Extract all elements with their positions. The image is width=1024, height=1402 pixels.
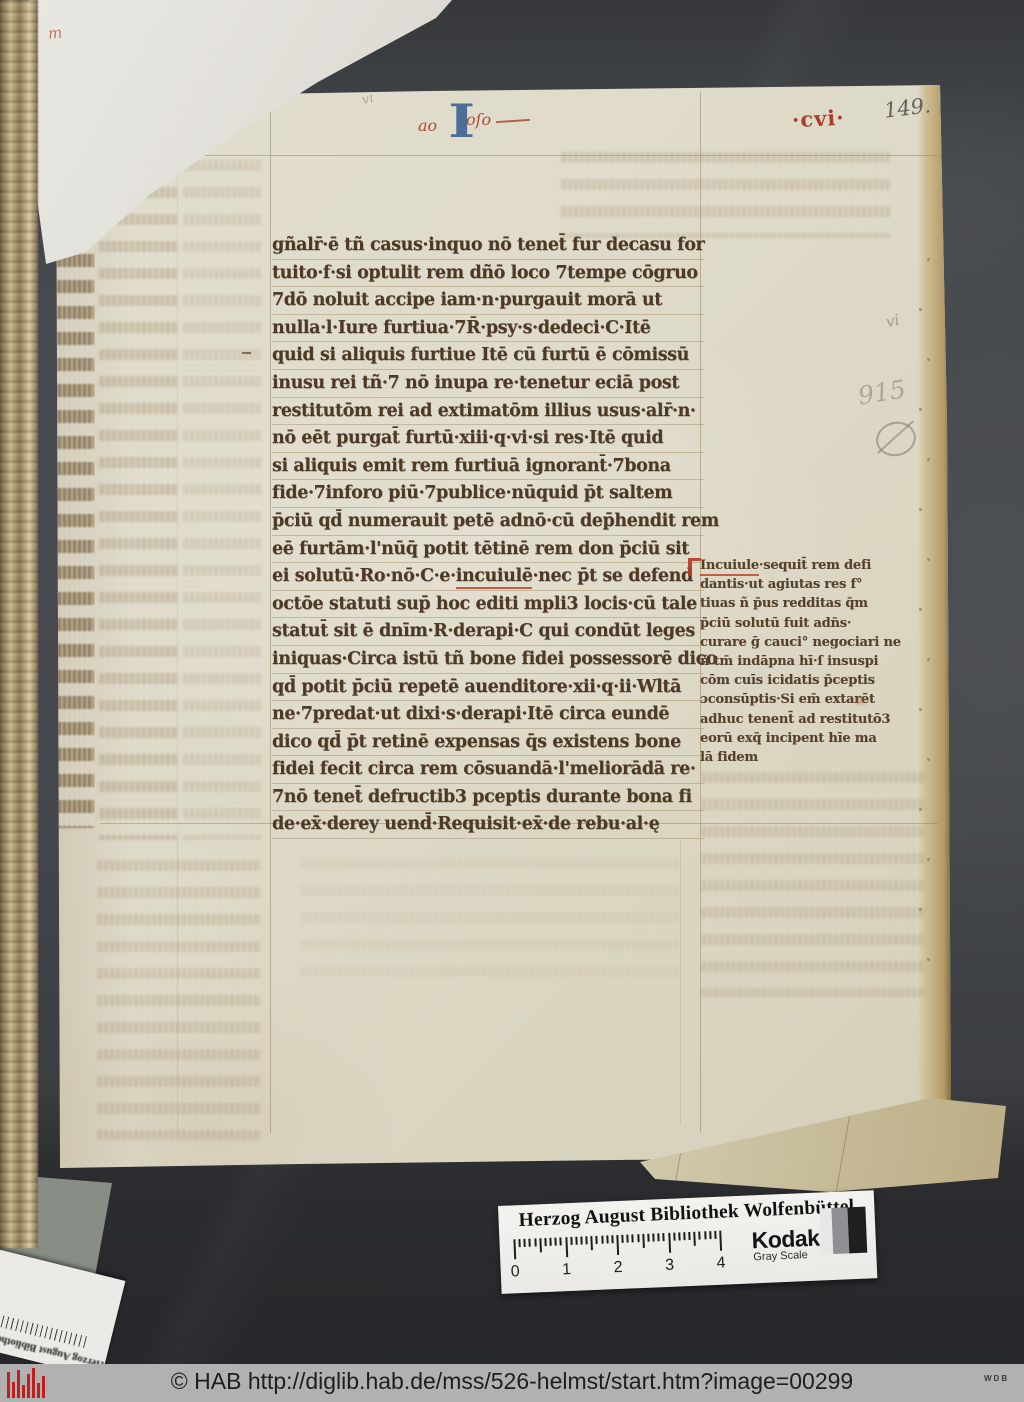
ruler-tick (657, 1233, 659, 1241)
text-line: si aliquis emit rem furtiuā ignorant̄·7b… (272, 453, 704, 481)
logo-bar (12, 1382, 15, 1398)
prick-mark (927, 258, 930, 261)
ruler-number: 2 (613, 1259, 623, 1277)
ruler-tick (678, 1232, 680, 1240)
red-underlined-word: incuiulē (456, 566, 533, 589)
logo-bar (42, 1376, 45, 1398)
prick-mark (927, 358, 930, 361)
logo-bar (7, 1372, 10, 1398)
ruler-tick (591, 1236, 594, 1250)
prick-mark (927, 658, 930, 661)
text-line: quid si aliquis furtiue Itē cū furtū ē c… (272, 342, 704, 370)
text-line: octōe statuti sup̄ hoc editi mpli3 locis… (272, 591, 704, 619)
ruler-tick (683, 1232, 685, 1240)
text-line: tuito·f·si optulit rem dñō loco 7tempe c… (272, 260, 704, 288)
prick-mark (927, 758, 930, 761)
pencil-circle-doodle (872, 418, 919, 461)
chapter-number: ·cvi· (791, 105, 845, 133)
ruler-tick (694, 1232, 697, 1246)
prick-mark (927, 558, 930, 561)
ruler-tick (627, 1235, 629, 1243)
text-line: de·ex̄·derey uend̄·Requisit·ex̄·de rebu·… (272, 811, 704, 839)
text-line: inusu rei tñ·7 nō inupa re·tenetur eciā … (272, 370, 704, 398)
ruler-tick (585, 1236, 587, 1244)
marginal-gloss: Incuiule·sequit̄ rem defidantis·ut agiut… (700, 556, 918, 767)
gloss-line: p̄ciū solutū fuit adn̄s· (700, 614, 918, 633)
pencil-doodle: 915 (856, 374, 908, 410)
ruler-tick (637, 1234, 639, 1242)
prick-mark (919, 608, 922, 611)
prick-mark (919, 508, 922, 511)
text-line: p̄ciū qd̄ numerauit petē adnō·cū dep̄hen… (272, 508, 704, 536)
text-line: ne·7predat·ut dixi·s·derapi·Itē circa eu… (272, 701, 704, 729)
showthrough-text (182, 160, 262, 840)
ruler-tick (688, 1232, 690, 1240)
prick-mark (919, 908, 922, 911)
gloss-line: ñ tm̄ indāpna hī·ſ insuspi (700, 652, 918, 671)
ruler-tick (570, 1237, 572, 1245)
ruler-tick (529, 1239, 531, 1247)
red-flourish: oſo (466, 110, 491, 129)
gloss-line: Incuiule·sequit̄ rem defi (700, 556, 918, 575)
kodak-scale-card: Herzog August Bibliothek Wolfenbüttel 01… (498, 1190, 877, 1294)
gloss-line: tiuas ñ p̄us redditas q̄m (700, 594, 918, 613)
text-line: nulla·l·Iure furtiua·7R̄·psy·s·dedeci·C·… (272, 315, 704, 343)
cm-ruler: 01234 (509, 1230, 736, 1285)
logo-bar (27, 1374, 30, 1398)
showthrough-text (300, 858, 680, 978)
manuscript-photograph: ao I oſo vı ·cvi· 149. gñalr̄·ē tñ casus… (0, 0, 1024, 1402)
ruler-tick (652, 1233, 654, 1241)
prick-mark (927, 458, 930, 461)
text-line: ei solutū·Ro·nō·C·e·incuiulē·nec p̄t se … (272, 563, 704, 591)
text-line: fide·7inforo piū·7publice·nūquid p̄t sal… (272, 480, 704, 508)
prick-mark (919, 808, 922, 811)
ruler-tick (606, 1235, 608, 1243)
gray-patch-step (847, 1207, 867, 1254)
ruler-number: 1 (562, 1261, 572, 1279)
folio-number: 149. (883, 93, 932, 123)
gloss-line: cōm cuīs icidatis p̄ceptis (700, 671, 918, 690)
ruler-tick (555, 1238, 557, 1246)
ruler-tick (565, 1237, 568, 1257)
gray-scale-label: Gray Scale (753, 1249, 808, 1263)
ruler-tick (704, 1231, 706, 1239)
ruler-tick (539, 1238, 542, 1252)
gloss-line: dantis·ut agiutas res f° (700, 575, 918, 594)
showthrough-text (560, 152, 890, 238)
text-line: nō eēt purgat̄ furtū·xiii·q·vi·si res·It… (272, 425, 704, 453)
ruler-tick (642, 1234, 645, 1248)
ruler-tick (621, 1235, 623, 1243)
prick-mark (919, 308, 922, 311)
ruler-tick (714, 1231, 716, 1239)
text-line: statut̄ sit ē dnīm·R·derapi·C qui condūt… (272, 618, 704, 646)
prick-mark (919, 408, 922, 411)
ruler-tick (632, 1234, 634, 1242)
logo-bar (37, 1383, 40, 1398)
ruler-tick (647, 1234, 649, 1242)
prick-mark (927, 958, 930, 961)
quire-mark: m (47, 23, 63, 42)
ruling-line (270, 92, 271, 1133)
ruler-tick (611, 1235, 613, 1243)
red-flourish-tail (496, 119, 530, 123)
corner-mark: WDB (984, 1374, 1009, 1383)
gray-scale-patches (819, 1207, 867, 1255)
ruler-tick (560, 1237, 562, 1245)
gloss-line: eorū exq̄ incipent hīe ma (700, 729, 918, 748)
text-line: dico qd̄ p̄t retinē expensas q̄s existen… (272, 729, 704, 757)
ruler-tick (668, 1233, 671, 1253)
ruler-tick (524, 1239, 526, 1247)
text-line: gñalr̄·ē tñ casus·inquo nō tenet̄ fur de… (272, 232, 704, 260)
ruler-number: 3 (665, 1257, 675, 1275)
logo-bar (22, 1385, 25, 1398)
ruler-tick (616, 1235, 619, 1255)
prick-mark (927, 858, 930, 861)
text-line: 7dō noluit accipe iam·n·purgauit morā ut (272, 287, 704, 315)
ruler-tick (719, 1231, 722, 1251)
red-flourish: ao (418, 116, 437, 135)
text-line: 7nō tenet̄ defructib3 pceptis durante bo… (272, 784, 704, 812)
gloss-line: adhuc tenent̄ ad restitutō3 (700, 710, 918, 729)
ruler-tick (673, 1233, 675, 1241)
text-line: eē furtām·l'nūq̄ potit tētinē rem don p̄… (272, 536, 704, 564)
ruler-tick (596, 1236, 598, 1244)
caption-bar: © HAB http://diglib.hab.de/mss/526-helms… (0, 1364, 1024, 1402)
ruler-tick (663, 1233, 665, 1241)
prick-mark (919, 708, 922, 711)
text-line: restitutōm rei ad extimatōm illius usus·… (272, 398, 704, 426)
gloss-line: curare ḡ cauci° negociari ne (700, 633, 918, 652)
text-line: qd̄ potit p̄ciū repetē auenditore·xii·q·… (272, 674, 704, 702)
red-underlined-word: Incuiule (700, 558, 759, 576)
gloss-line: lā fidem (700, 748, 918, 767)
ruler-tick (513, 1239, 516, 1259)
ruler-number: 0 (510, 1263, 520, 1281)
ink-blot (852, 696, 870, 707)
gloss-line: ɔconsūptis·Si em̄ extarēt (700, 690, 918, 709)
ruler-tick (709, 1231, 711, 1239)
ruler-tick (575, 1237, 577, 1245)
logo-bar (32, 1368, 35, 1398)
ruler-tick (580, 1236, 582, 1244)
pencil-note: vi (884, 311, 901, 331)
ruler-tick (519, 1239, 521, 1247)
showthrough-text (700, 772, 925, 997)
showthrough-text (96, 860, 261, 1140)
text-line: iniquas·Circa istū tñ bone fidei possess… (272, 646, 704, 674)
pencil-squiggle: vı (360, 91, 375, 108)
text-block: gñalr̄·ē tñ casus·inquo nō tenet̄ fur de… (272, 232, 704, 839)
ruler-number: 4 (716, 1255, 726, 1273)
ruler-tick (534, 1238, 536, 1246)
credit-line: © HAB http://diglib.hab.de/mss/526-helms… (171, 1368, 853, 1395)
text-line: fidei fecit circa rem cōsuandā·l'meliorā… (272, 756, 704, 784)
margin-dash (242, 352, 251, 354)
hab-logo (7, 1368, 55, 1398)
ruler-tick (549, 1238, 551, 1246)
gray-patch-step (831, 1207, 849, 1254)
ruler-tick (601, 1236, 603, 1244)
ruler-tick (699, 1232, 701, 1240)
ruling-line (680, 840, 681, 1125)
ruler-tick (544, 1238, 546, 1246)
book-fore-edge (0, 0, 38, 1248)
showthrough-text (98, 160, 178, 840)
logo-bar (17, 1370, 20, 1398)
